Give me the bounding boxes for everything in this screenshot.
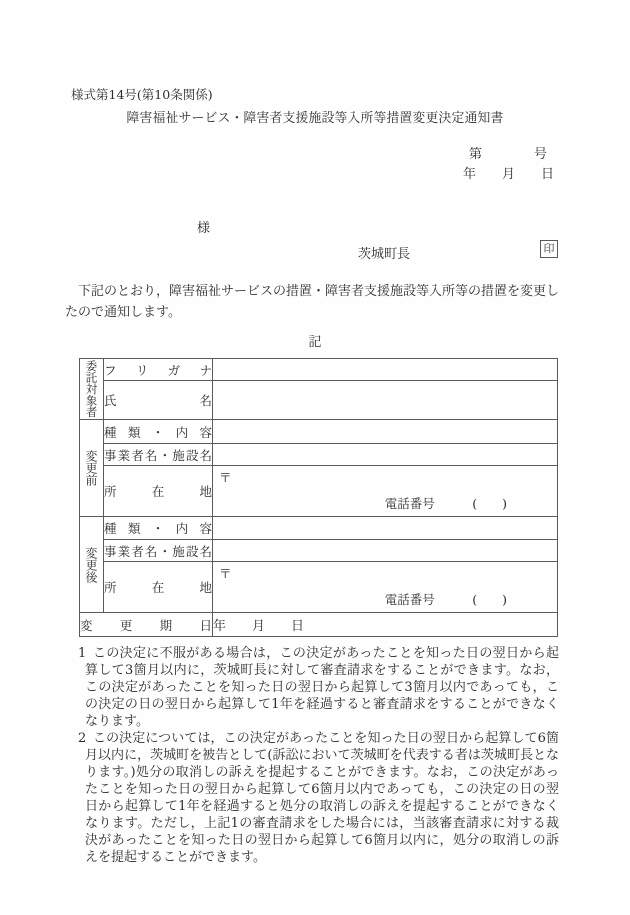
name-value (213, 381, 558, 420)
furigana-value (213, 359, 558, 381)
document-number-line: 第 号 (469, 143, 547, 162)
table-row: 事業者名・施設名 (80, 444, 558, 466)
after-provider-label: 事業者名・施設名 (104, 540, 213, 562)
change-date-value: 年 月 日 (213, 613, 558, 637)
appeal-notes: 1 この決定に不服がある場合は，この決定があったことを知った日の翌日から起算して… (78, 645, 559, 866)
group-header-entrusted-person: 委託対象者 (80, 359, 104, 420)
seal-placeholder-icon: 印 (540, 240, 558, 258)
document-page: 様式第14号(第10条関係) 障害福祉サービス・障害者支援施設等入所等措置変更決… (0, 0, 630, 915)
before-address-value: 〒 電話番号 ( ) (213, 466, 558, 517)
before-type-value (213, 420, 558, 444)
postal-mark: 〒 (213, 562, 232, 582)
form-id: 様式第14号(第10条関係) (71, 85, 213, 103)
furigana-label: フ リ ガ ナ (104, 359, 213, 381)
addressee-suffix: 様 (197, 217, 210, 236)
phone-number-label: 電話番号 ( ) (385, 494, 507, 512)
table-row: 委託対象者 フ リ ガ ナ (80, 359, 558, 381)
note-item: 2 この決定については，この決定があったことを知った日の翌日から起算して6箇月以… (78, 730, 559, 866)
note-number: 1 (78, 645, 86, 662)
before-provider-label: 事業者名・施設名 (104, 444, 213, 466)
after-type-value (213, 517, 558, 540)
group-header-before-change: 変更前 (80, 420, 104, 517)
note-text: この決定に不服がある場合は，この決定があったことを知った日の翌日から起算して3箇… (85, 646, 559, 729)
body-paragraph: 下記のとおり，障害福祉サービスの措置・障害者支援施設等入所等の措置を変更したので… (65, 281, 559, 323)
before-provider-value (213, 444, 558, 466)
table-row: 事業者名・施設名 (80, 540, 558, 562)
record-heading: 記 (0, 331, 630, 350)
note-text: この決定については，この決定があったことを知った日の翌日から起算して6箇月以内に… (85, 731, 559, 865)
group-header-after-change: 変更後 (80, 517, 104, 613)
document-title: 障害福祉サービス・障害者支援施設等入所等措置変更決定通知書 (0, 107, 630, 126)
measure-change-table: 委託対象者 フ リ ガ ナ 氏 名 変更前 種 類 ・ 内 容 事業者名・施設名… (79, 358, 558, 637)
after-address-value: 〒 電話番号 ( ) (213, 562, 558, 613)
before-address-label: 所 在 地 (104, 466, 213, 517)
before-type-label: 種 類 ・ 内 容 (104, 420, 213, 444)
after-provider-value (213, 540, 558, 562)
phone-number-label: 電話番号 ( ) (385, 590, 507, 608)
table-row: 所 在 地 〒 電話番号 ( ) (80, 466, 558, 517)
change-date-label: 変 更 期 日 (80, 613, 213, 637)
postal-mark: 〒 (213, 466, 232, 486)
table-row: 変 更 期 日 年 月 日 (80, 613, 558, 637)
name-label: 氏 名 (104, 381, 213, 420)
table-row: 変更後 種 類 ・ 内 容 (80, 517, 558, 540)
issuer-name: 茨城町長 (358, 243, 410, 262)
after-address-label: 所 在 地 (104, 562, 213, 613)
issue-date-line: 年 月 日 (463, 163, 554, 182)
note-number: 2 (78, 730, 86, 747)
table-row: 氏 名 (80, 381, 558, 420)
table-row: 所 在 地 〒 電話番号 ( ) (80, 562, 558, 613)
note-item: 1 この決定に不服がある場合は，この決定があったことを知った日の翌日から起算して… (78, 645, 559, 730)
after-type-label: 種 類 ・ 内 容 (104, 517, 213, 540)
table-row: 変更前 種 類 ・ 内 容 (80, 420, 558, 444)
